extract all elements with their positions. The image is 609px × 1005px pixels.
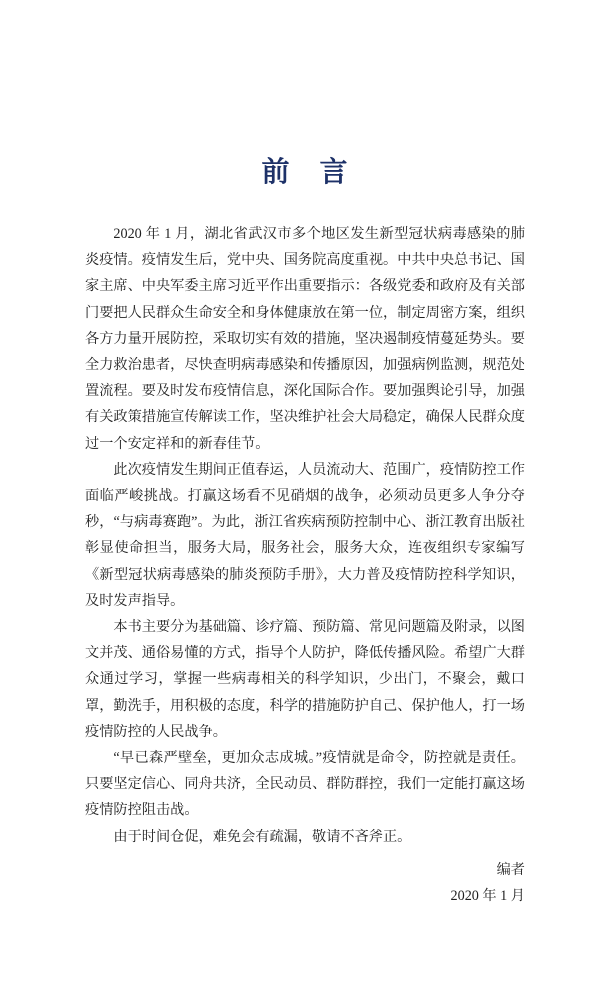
preface-paragraph-5: 由于时间仓促，难免会有疏漏，敬请不吝斧正。 xyxy=(85,824,525,850)
page-title: 前 言 xyxy=(85,155,525,189)
preface-paragraph-3: 本书主要分为基础篇、诊疗篇、预防篇、常见问题篇及附录，以图文并茂、通俗易懂的方式… xyxy=(85,614,525,745)
preface-body: 2020 年 1 月，湖北省武汉市多个地区发生新型冠状病毒感染的肺炎疫情。疫情发… xyxy=(85,221,525,850)
signature-block: 编者 2020 年 1 月 xyxy=(85,857,525,909)
author-signature: 编者 xyxy=(85,857,525,883)
preface-page: 前 言 2020 年 1 月，湖北省武汉市多个地区发生新型冠状病毒感染的肺炎疫情… xyxy=(0,0,609,1005)
preface-date: 2020 年 1 月 xyxy=(85,883,525,909)
preface-paragraph-2: 此次疫情发生期间正值春运，人员流动大、范围广，疫情防控工作面临严峻挑战。打赢这场… xyxy=(85,457,525,614)
preface-paragraph-1: 2020 年 1 月，湖北省武汉市多个地区发生新型冠状病毒感染的肺炎疫情。疫情发… xyxy=(85,221,525,457)
preface-paragraph-4: “早已森严壁垒，更加众志成城。”疫情就是命令，防控就是责任。只要坚定信心、同舟共… xyxy=(85,745,525,824)
page-content: 前 言 2020 年 1 月，湖北省武汉市多个地区发生新型冠状病毒感染的肺炎疫情… xyxy=(85,155,525,909)
